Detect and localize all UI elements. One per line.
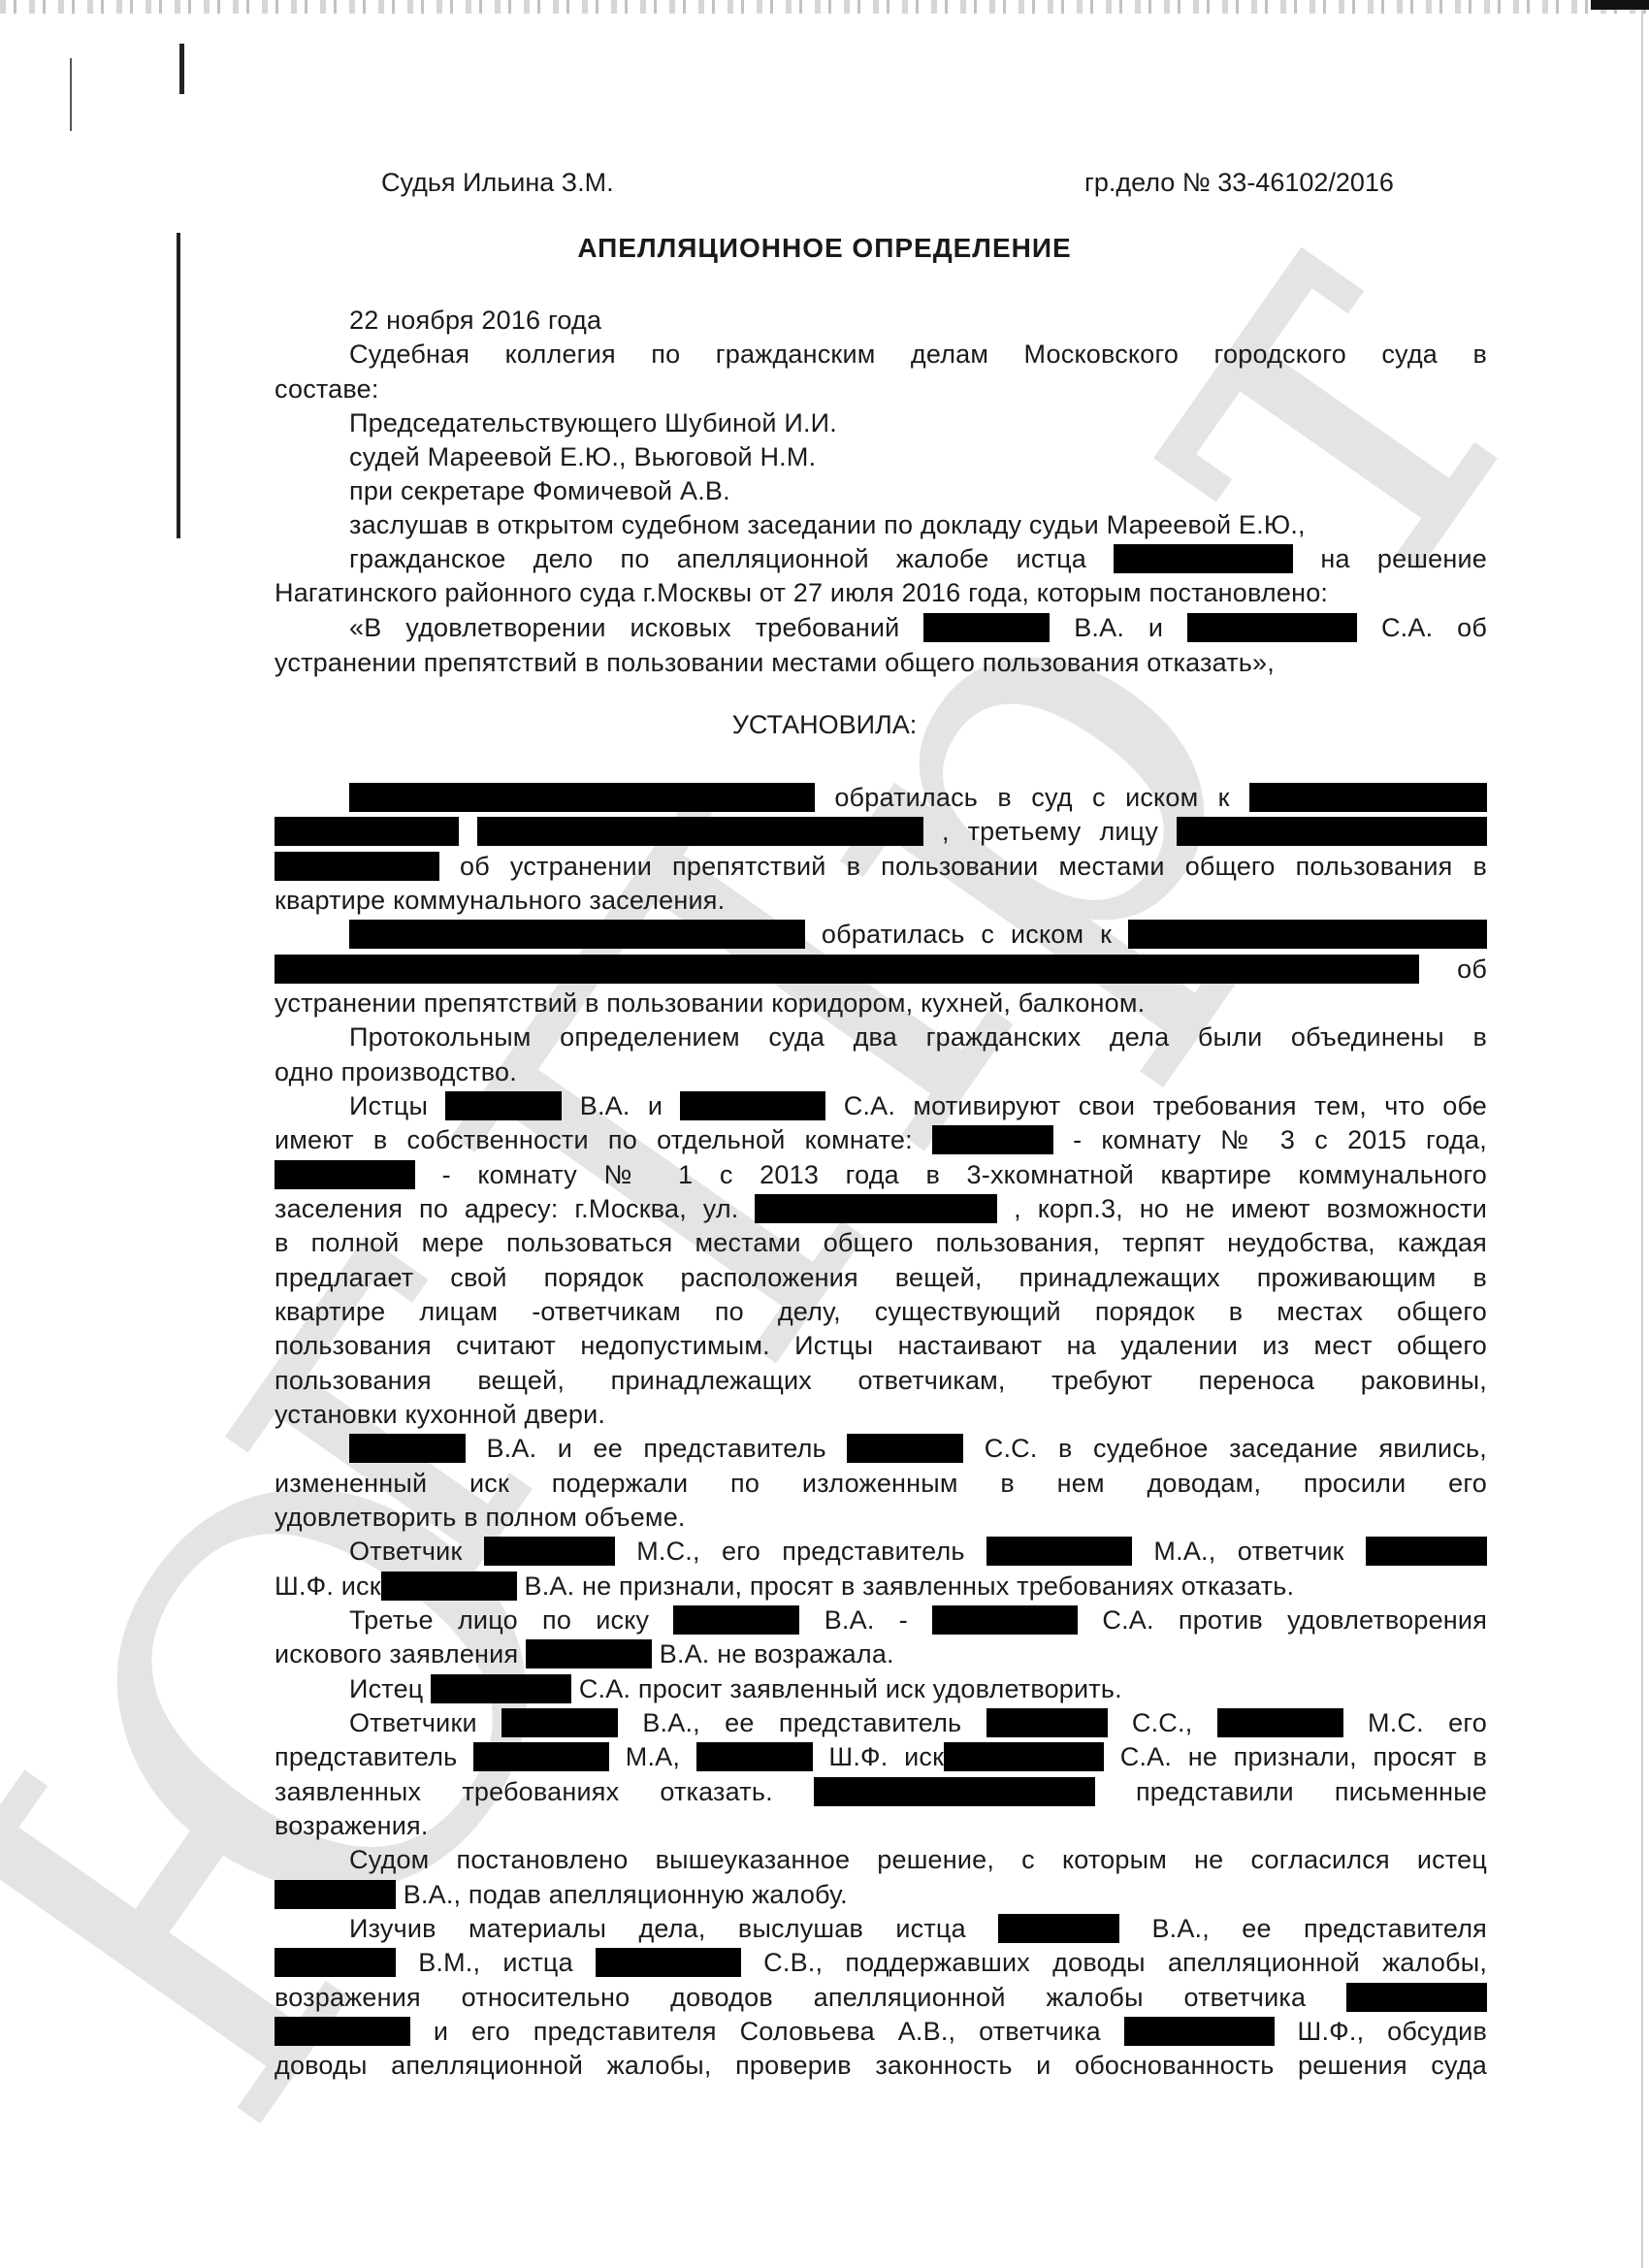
- text-fragment: В.А., ее представителя: [1151, 1914, 1487, 1943]
- text-fragment: обратилась в суд с иском к: [834, 783, 1229, 812]
- text-fragment: М.С., его представитель: [636, 1537, 965, 1566]
- text-line: удовлетворить в полном объеме.: [275, 1501, 1487, 1534]
- redaction: [755, 1194, 997, 1223]
- redaction: [349, 1434, 466, 1463]
- text-fragment: С.С.,: [1132, 1708, 1193, 1737]
- text-line: заслушав в открытом судебном заседании п…: [349, 508, 1487, 541]
- text-line: заселения по адресу: г.Москва, ул. , кор…: [275, 1192, 1487, 1225]
- document-page: Судья Ильина З.М. гр.дело № 33-46102/201…: [0, 0, 1649, 2268]
- text-fragment: на решение: [1320, 544, 1487, 573]
- text-line: Истец С.А. просит заявленный иск удовлет…: [349, 1672, 1487, 1705]
- text-fragment: Ш.Ф. иск: [828, 1742, 944, 1771]
- redaction: [986, 1537, 1132, 1566]
- redaction: [1187, 613, 1357, 642]
- redaction: [484, 1537, 615, 1566]
- text-line: предлагает свой порядок расположения вещ…: [275, 1261, 1487, 1294]
- text-fragment: С.В., поддержавших доводы апелляционной …: [763, 1948, 1487, 1977]
- text-fragment: гражданское дело по апелляционной жалобе…: [349, 544, 1086, 573]
- text-line: «В удовлетворении исковых требований В.А…: [349, 611, 1487, 644]
- redaction: [932, 1125, 1053, 1154]
- redaction: [1177, 817, 1487, 846]
- redaction: [349, 920, 805, 949]
- text-fragment: В.А. не возражала.: [660, 1639, 894, 1669]
- text-line: гражданское дело по апелляционной жалобе…: [349, 542, 1487, 575]
- redaction: [275, 1880, 396, 1909]
- text-line: возражения.: [275, 1809, 1487, 1842]
- redaction: [1124, 2017, 1275, 2046]
- text-line: устранении препятствий в пользовании мес…: [275, 646, 1487, 679]
- section-heading: УСТАНОВИЛА:: [0, 710, 1649, 740]
- text-line: возражения относительно доводов апелляци…: [275, 1981, 1487, 2014]
- redaction: [501, 1708, 618, 1737]
- text-fragment: - комнату № 1 с 2013 года в 3-хкомнатной…: [442, 1160, 1487, 1189]
- text-line: Нагатинского районного суда г.Москвы от …: [275, 576, 1487, 609]
- redaction: [1366, 1537, 1487, 1566]
- text-line: имеют в собственности по отдельной комна…: [275, 1123, 1487, 1156]
- text-line: одно производство.: [275, 1055, 1487, 1088]
- text-line: Ш.Ф. иск В.А. не признали, просят в заяв…: [275, 1570, 1487, 1603]
- text-fragment: Ш.Ф., обсудив: [1298, 2017, 1488, 2046]
- text-fragment: об: [1457, 955, 1487, 984]
- redaction: [445, 1091, 562, 1120]
- text-fragment: Третье лицо по иску: [349, 1605, 649, 1635]
- text-fragment: Ответчик: [349, 1537, 462, 1566]
- text-fragment: В.А. и: [580, 1091, 663, 1120]
- text-line: и его представителя Соловьева А.В., отве…: [275, 2015, 1487, 2048]
- text-fragment: В.А., подав апелляционную жалобу.: [404, 1880, 848, 1909]
- text-line: В.М., истца С.В., поддержавших доводы ап…: [275, 1946, 1487, 1979]
- text-fragment: - комнату № 3 с 2015 года,: [1073, 1125, 1487, 1154]
- text-fragment: С.А. против удовлетворения: [1102, 1605, 1487, 1635]
- text-line: Истцы В.А. и С.А. мотивируют свои требов…: [349, 1089, 1487, 1122]
- redaction: [986, 1708, 1108, 1737]
- text-fragment: , третьему лицу: [942, 817, 1158, 846]
- redaction: [275, 955, 1419, 984]
- text-fragment: С.А. просит заявленный иск удовлетворить…: [579, 1674, 1122, 1703]
- text-fragment: «В удовлетворении исковых требований: [349, 613, 899, 642]
- redaction: [1249, 783, 1487, 812]
- text-fragment: обратилась с иском к: [822, 920, 1112, 949]
- text-line: пользования вещей, принадлежащих ответчи…: [275, 1364, 1487, 1397]
- text-line: Судом постановлено вышеуказанное решение…: [349, 1843, 1487, 1876]
- text-line: Протокольным определением суда два гражд…: [349, 1021, 1487, 1053]
- redaction: [932, 1605, 1078, 1635]
- redaction: [1128, 920, 1487, 949]
- text-line: доводы апелляционной жалобы, проверив за…: [275, 2049, 1487, 2082]
- text-fragment: В.А. и ее представитель: [486, 1434, 825, 1463]
- decision-date: 22 ноября 2016 года: [349, 304, 1487, 337]
- text-fragment: заселения по адресу: г.Москва, ул.: [275, 1194, 739, 1223]
- text-line: составе:: [275, 373, 1487, 405]
- redaction: [923, 613, 1050, 642]
- redaction: [473, 1742, 609, 1771]
- redaction: [847, 1434, 963, 1463]
- text-line: квартире коммунального заселения.: [275, 884, 1487, 917]
- redaction: [1217, 1708, 1343, 1737]
- text-line: Третье лицо по иску В.А. - С.А. против у…: [349, 1604, 1487, 1636]
- text-line: квартире лицам -ответчикам по делу, суще…: [275, 1295, 1487, 1328]
- text-fragment: и его представителя Соловьева А.В., отве…: [434, 2017, 1101, 2046]
- text-line: Ответчик М.С., его представитель М.А., о…: [349, 1535, 1487, 1568]
- redaction: [275, 2017, 410, 2046]
- redaction: [998, 1914, 1119, 1943]
- redaction: [1114, 544, 1293, 573]
- text-line: представитель М.А, Ш.Ф. иск С.А. не приз…: [275, 1740, 1487, 1773]
- text-line: Председательствующего Шубиной И.И.: [349, 406, 1487, 439]
- text-line: - комнату № 1 с 2013 года в 3-хкомнатной…: [275, 1158, 1487, 1191]
- redaction: [275, 1948, 396, 1977]
- text-fragment: искового заявления: [275, 1639, 518, 1669]
- text-fragment: В.М., истца: [418, 1948, 573, 1977]
- text-line: измененный иск подержали по изложенным в…: [275, 1467, 1487, 1500]
- text-line: установки кухонной двери.: [275, 1398, 1487, 1431]
- redaction: [477, 817, 923, 846]
- text-line: Ответчики В.А., ее представитель С.С., М…: [349, 1706, 1487, 1739]
- text-fragment: Истец: [349, 1674, 423, 1703]
- redaction: [673, 1605, 799, 1635]
- text-fragment: В.А. и: [1074, 613, 1163, 642]
- redaction: [944, 1742, 1104, 1771]
- text-fragment: С.А. мотивируют свои требования тем, что…: [844, 1091, 1487, 1120]
- redaction: [814, 1777, 1095, 1806]
- text-fragment: представили письменные: [1136, 1777, 1487, 1806]
- case-number: гр.дело № 33-46102/2016: [1084, 168, 1394, 198]
- text-fragment: Ш.Ф. иск: [275, 1571, 381, 1601]
- text-fragment: об устранении препятствий в пользовании …: [460, 852, 1487, 881]
- text-fragment: заявленных требованиях отказать.: [275, 1777, 773, 1806]
- text-fragment: , корп.3, но не имеют возможности: [1014, 1194, 1487, 1223]
- text-fragment: возражения относительно доводов апелляци…: [275, 1983, 1306, 2012]
- text-fragment: С.А. об: [1381, 613, 1487, 642]
- text-fragment: С.А. не признали, просят в: [1120, 1742, 1487, 1771]
- text-fragment: В.А. -: [824, 1605, 908, 1635]
- text-fragment: М.С. его: [1368, 1708, 1487, 1737]
- text-fragment: Истцы: [349, 1091, 428, 1120]
- redaction: [381, 1571, 517, 1601]
- redaction: [696, 1742, 813, 1771]
- redaction: [1346, 1983, 1487, 2012]
- judge-name: Судья Ильина З.М.: [381, 168, 614, 198]
- text-line: при секретаре Фомичевой А.В.: [349, 474, 1487, 507]
- text-line: В.А. и ее представитель С.С. в судебное …: [349, 1432, 1487, 1465]
- text-line: об устранении препятствий в пользовании …: [275, 850, 1487, 883]
- text-fragment: В.А. не признали, просят в заявленных тр…: [524, 1571, 1294, 1601]
- redaction: [275, 817, 459, 846]
- redaction: [275, 852, 439, 881]
- text-fragment: М.А,: [626, 1742, 680, 1771]
- redaction: [349, 783, 815, 812]
- text-line: в полной мере пользоваться местами общег…: [275, 1226, 1487, 1259]
- text-line: , третьему лицу: [275, 815, 1487, 848]
- text-line: обратилась с иском к: [349, 918, 1487, 951]
- text-fragment: М.А., ответчик: [1153, 1537, 1343, 1566]
- text-line: Изучив материалы дела, выслушав истца В.…: [349, 1912, 1487, 1945]
- text-fragment: В.А., ее представитель: [642, 1708, 961, 1737]
- text-fragment: Ответчики: [349, 1708, 477, 1737]
- text-fragment: С.С. в судебное заседание явились,: [985, 1434, 1487, 1463]
- redaction: [596, 1948, 741, 1977]
- redaction: [680, 1091, 825, 1120]
- redaction: [275, 1160, 415, 1189]
- text-line: обратилась в суд с иском к: [349, 781, 1487, 814]
- text-line: пользования считают недопустимым. Истцы …: [275, 1329, 1487, 1362]
- text-line: В.А., подав апелляционную жалобу.: [275, 1878, 1487, 1911]
- text-line: устранении препятствий в пользовании кор…: [275, 987, 1487, 1020]
- document-title: АПЕЛЛЯЦИОННОЕ ОПРЕДЕЛЕНИЕ: [0, 233, 1649, 264]
- text-line: Судебная коллегия по гражданским делам М…: [349, 338, 1487, 371]
- redaction: [431, 1674, 571, 1703]
- text-fragment: имеют в собственности по отдельной комна…: [275, 1125, 913, 1154]
- text-line: заявленных требованиях отказать. предста…: [275, 1775, 1487, 1808]
- text-line: об: [275, 953, 1487, 986]
- redaction: [526, 1639, 652, 1669]
- text-fragment: представитель: [275, 1742, 457, 1771]
- text-line: искового заявления В.А. не возражала.: [275, 1637, 1487, 1670]
- text-fragment: Изучив материалы дела, выслушав истца: [349, 1914, 966, 1943]
- text-line: судей Мареевой Е.Ю., Вьюговой Н.М.: [349, 440, 1487, 473]
